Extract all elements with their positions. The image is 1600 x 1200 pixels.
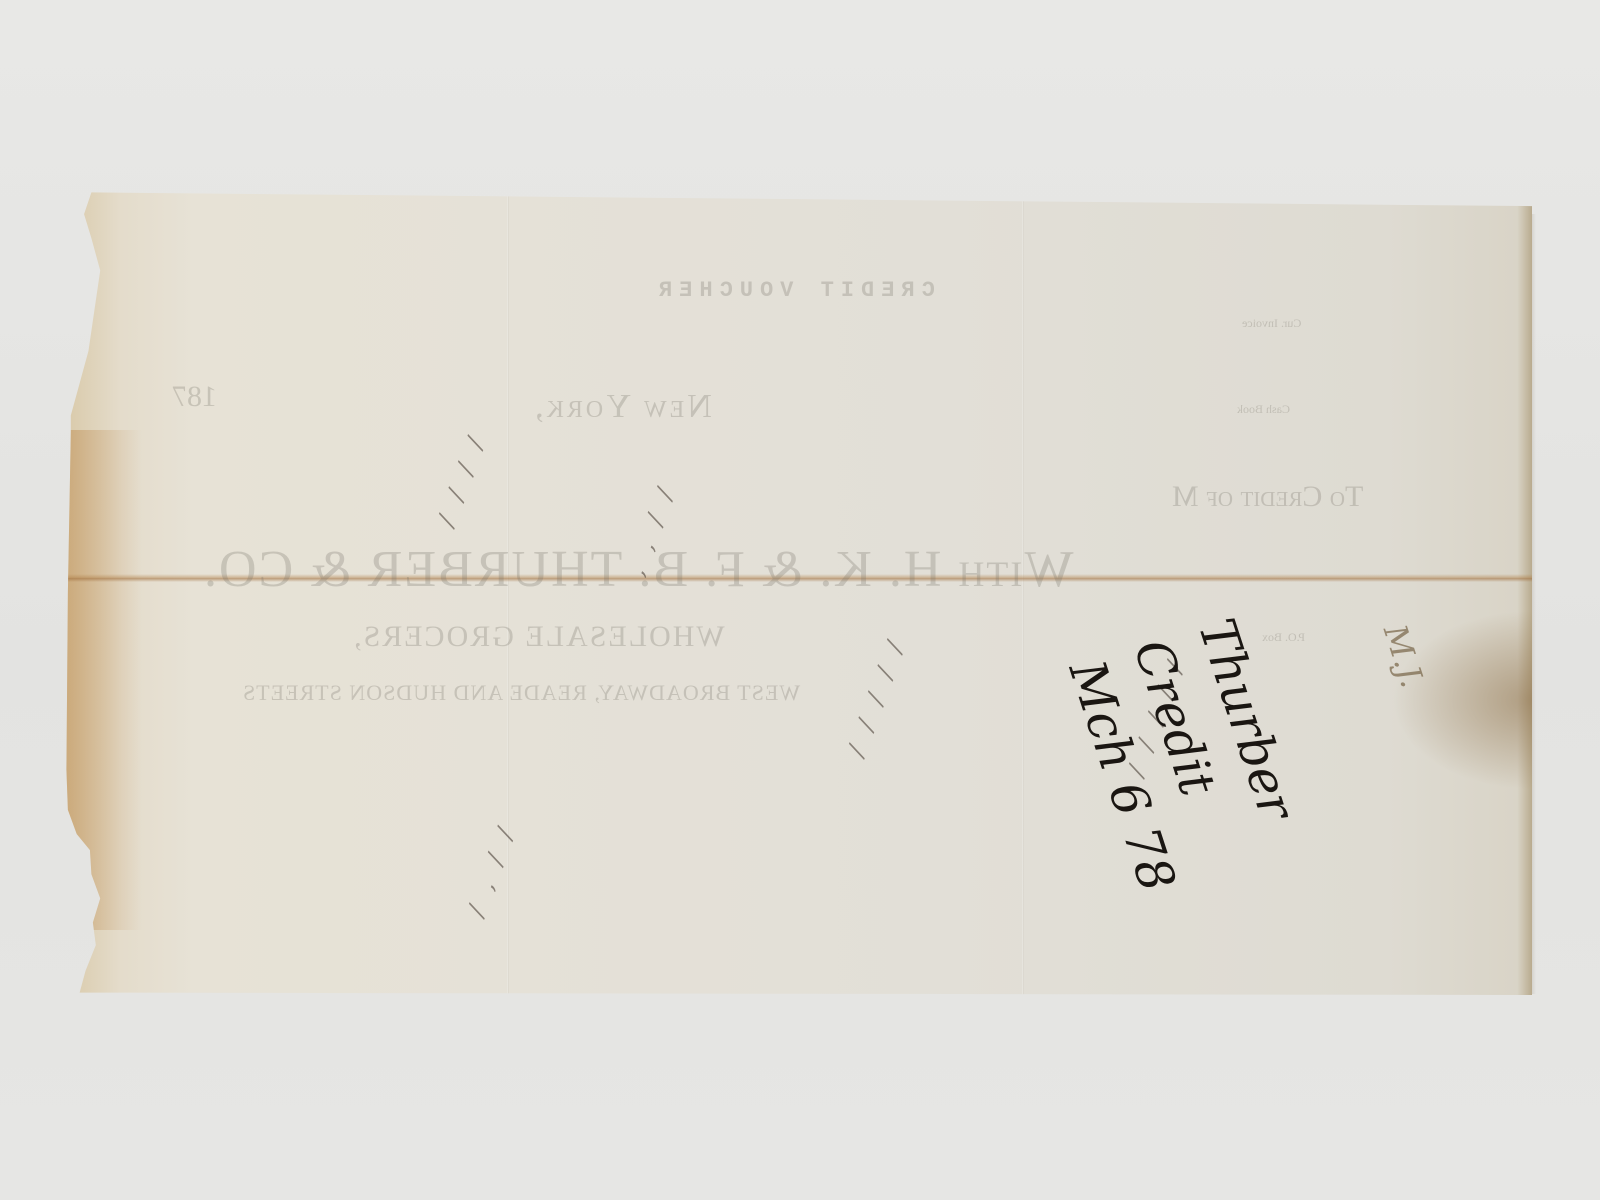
- voucher-paper: CREDIT VOUCHER Cur. Invoice Cash Book Ne…: [62, 190, 1532, 995]
- bleed-through-ink: / / / /: [432, 429, 492, 530]
- mirrored-title: CREDIT VOUCHER: [652, 278, 935, 303]
- mirrored-year: 187: [172, 380, 217, 414]
- mirrored-to-credit: To Credit of M: [1172, 480, 1363, 514]
- mirrored-city: New York,: [532, 388, 712, 426]
- left-edge-stain: [62, 430, 142, 930]
- photo-background: CREDIT VOUCHER Cur. Invoice Cash Book Ne…: [0, 0, 1600, 1200]
- mirrored-label-invoice: Cur. Invoice: [1242, 316, 1301, 331]
- mirrored-trade: WHOLESALE GROCERS,: [352, 620, 725, 654]
- mirrored-pobox: P.O. Box: [1262, 630, 1305, 645]
- handwritten-endorsement: Thurber Credit Mch 6 78: [1053, 610, 1321, 900]
- bleed-through-ink: / , / /: [462, 819, 521, 920]
- mirrored-label-cashbook: Cash Book: [1237, 402, 1290, 417]
- bleed-through-ink: / / / / /: [842, 633, 911, 760]
- mirrored-address: WEST BROADWAY, READE AND HUDSON STREETS: [242, 680, 800, 706]
